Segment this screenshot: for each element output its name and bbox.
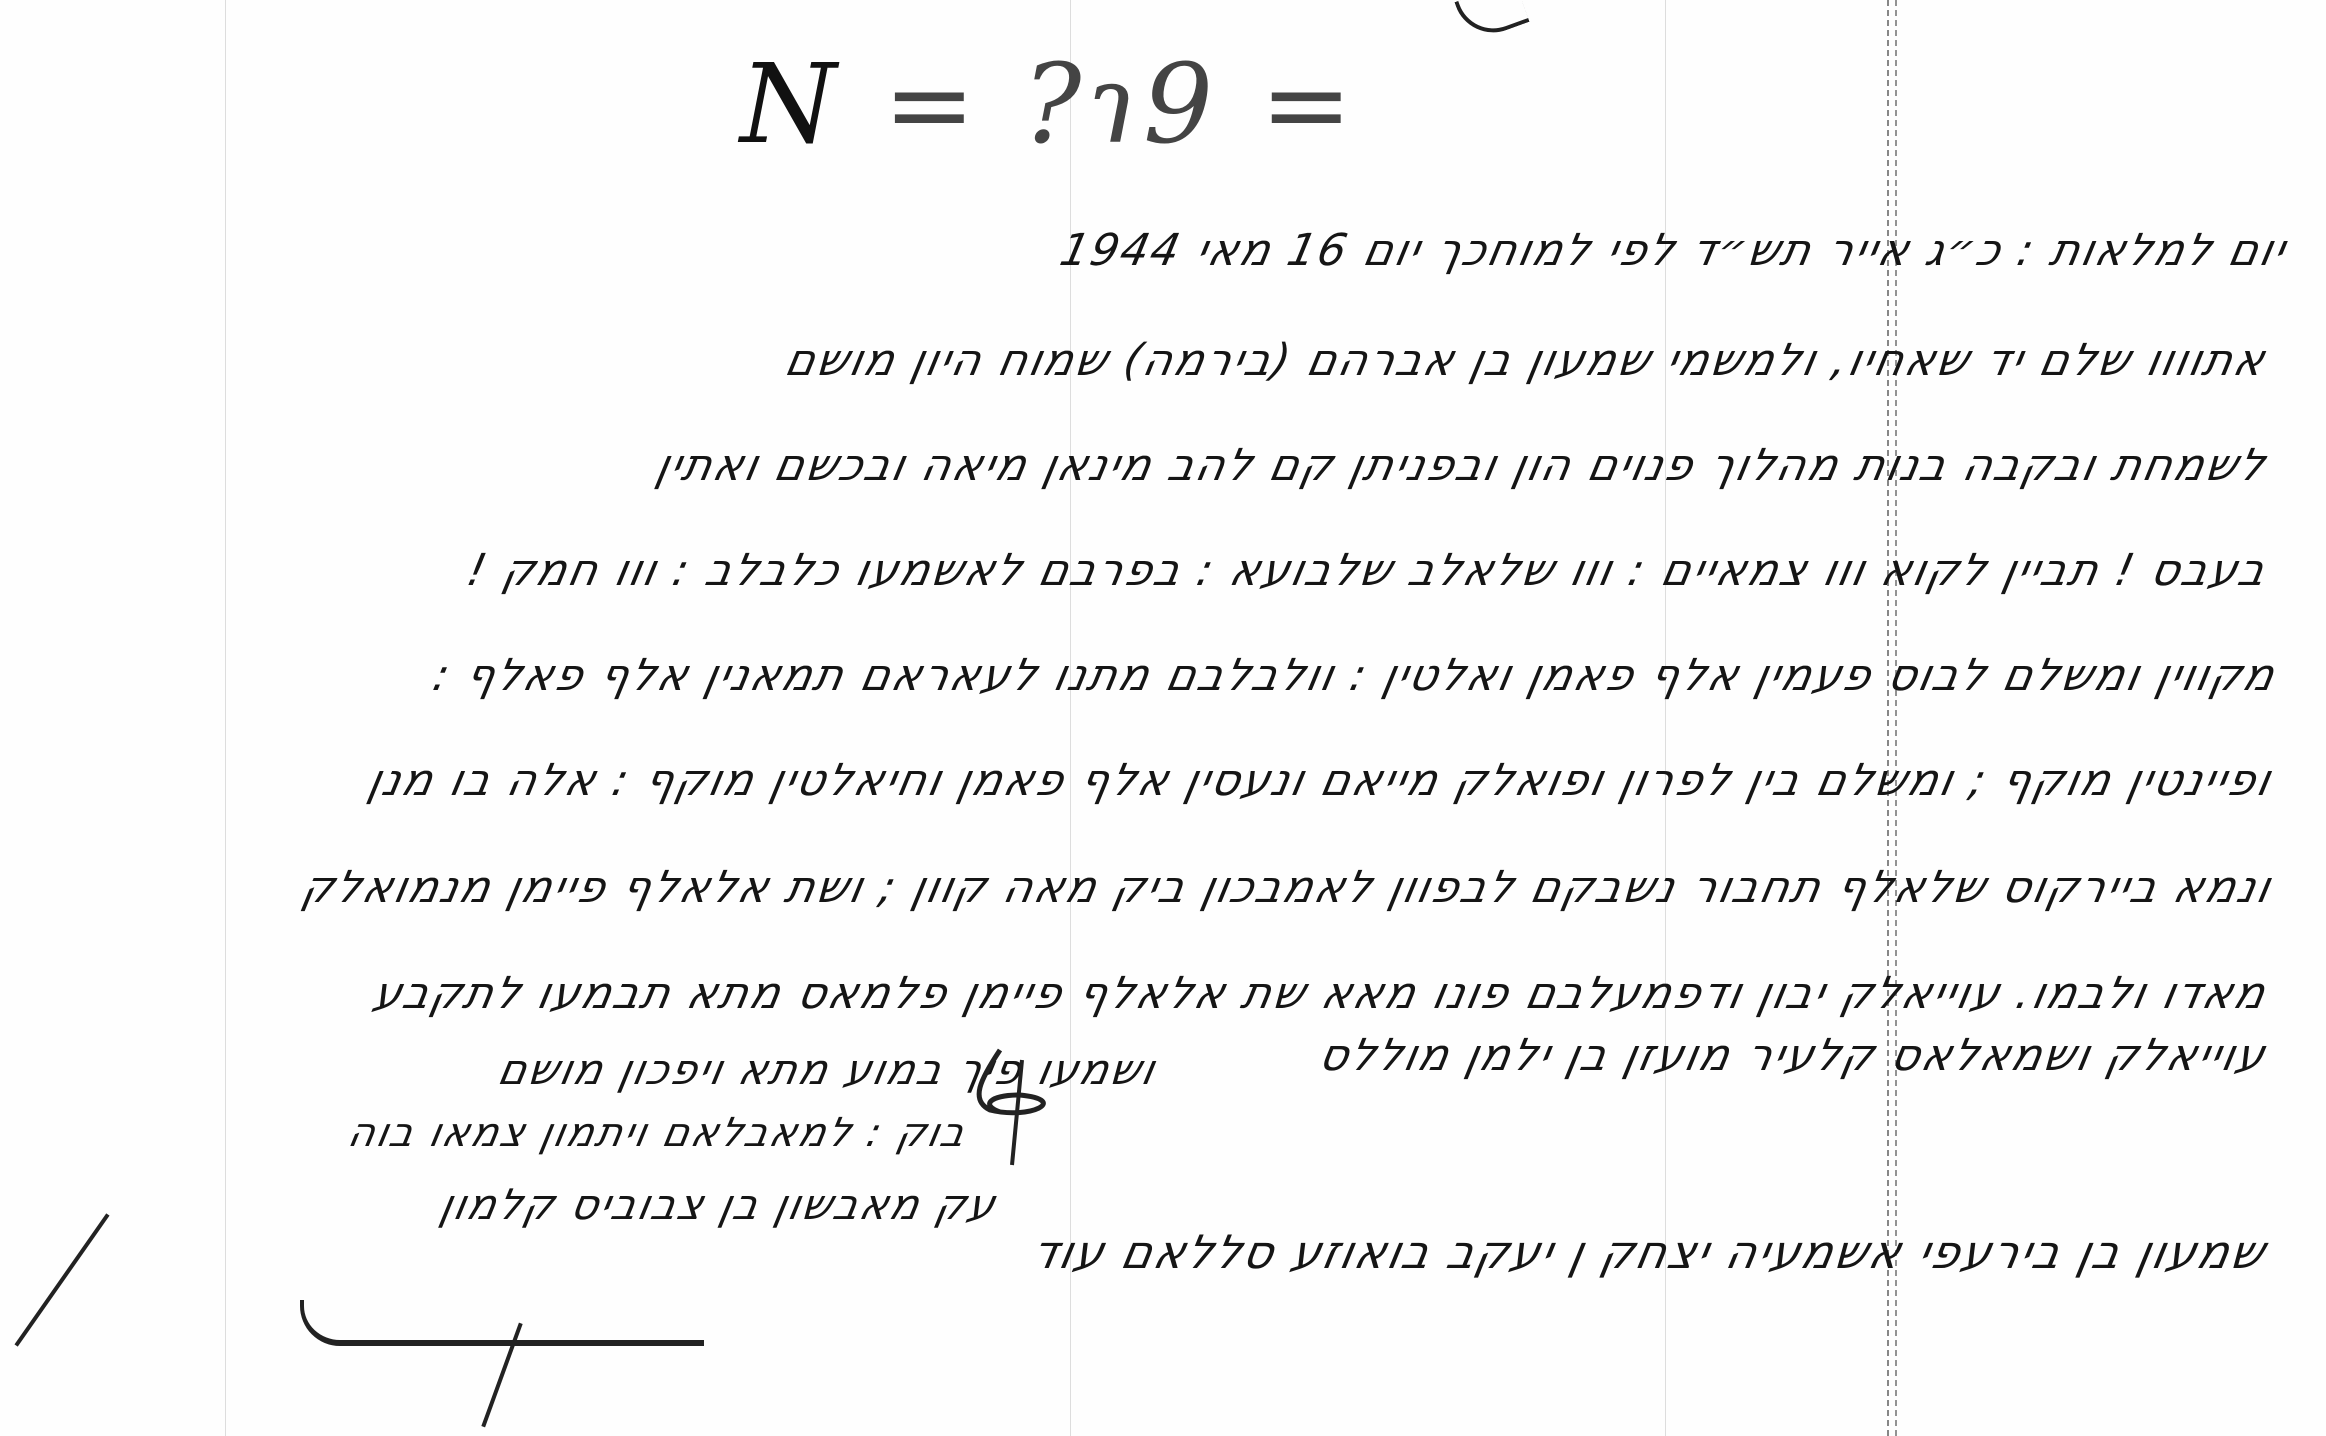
faint-scan-line — [1665, 0, 1666, 1436]
text-line-8: מאדו ולבמו. עוייאלק יבון ודפמעלבם פונו מ… — [368, 968, 2271, 1019]
signatures-line: שמעון בן בירעפי אשמעיה יצחק ן יעקב בואוז… — [1027, 1225, 2271, 1279]
text-line-2: אתוווו שלם יד שאחיו, ולמשמי שמעון בן אבר… — [781, 335, 2271, 386]
scanned-document-page: N = ?ɿ9 = יום למלאות : כ״ג אייר תש״ד לפי… — [0, 0, 2326, 1436]
text-line-5: מקווין ומשלם לבוס פעמין אלף פאמן ואלטין … — [429, 650, 2281, 701]
text-line-9-left-b: בוק : למאבלאם ויתמון צמאו בוה — [344, 1110, 971, 1156]
text-line-7: ונמא ביירקוס שלאלף תחבור נשבקם לבפוון לא… — [297, 862, 2276, 913]
faint-scan-line — [225, 0, 226, 1436]
corner-pen-mark — [1454, 0, 1529, 44]
text-line-3: לשמחת ובקבה בנות מהלוך פנוים הון ובפניתן… — [651, 440, 2271, 491]
text-line-6: ופיינטין מוקף ; ומשלם בין לפרון ופואלק מ… — [363, 755, 2276, 806]
document-number: N = ?ɿ9 = — [740, 40, 1358, 168]
text-line-4: בעבס ! תביין לקוא ווו צמאיים : ווו שלאלב… — [462, 545, 2271, 596]
signature-flourish — [300, 1300, 704, 1346]
number-label: N — [740, 40, 842, 168]
number-value: = ?ɿ9 = — [883, 40, 1358, 168]
signature-stroke — [14, 1213, 109, 1346]
text-line-9-main: עוייאלק ושמאלאס קלעיר מועזן בן ילמן מולל… — [1315, 1030, 2272, 1081]
fold-line — [1887, 0, 1897, 1436]
faint-scan-line — [1070, 0, 1071, 1436]
witness-cross-mark-icon — [960, 1040, 1080, 1170]
text-line-10-left: עק מאבשון בן צבוביס קלמון — [435, 1180, 1001, 1229]
text-line-1: יום למלאות : כ״ג אייר תש״ד לפי למוחכך יו… — [1056, 225, 2292, 276]
